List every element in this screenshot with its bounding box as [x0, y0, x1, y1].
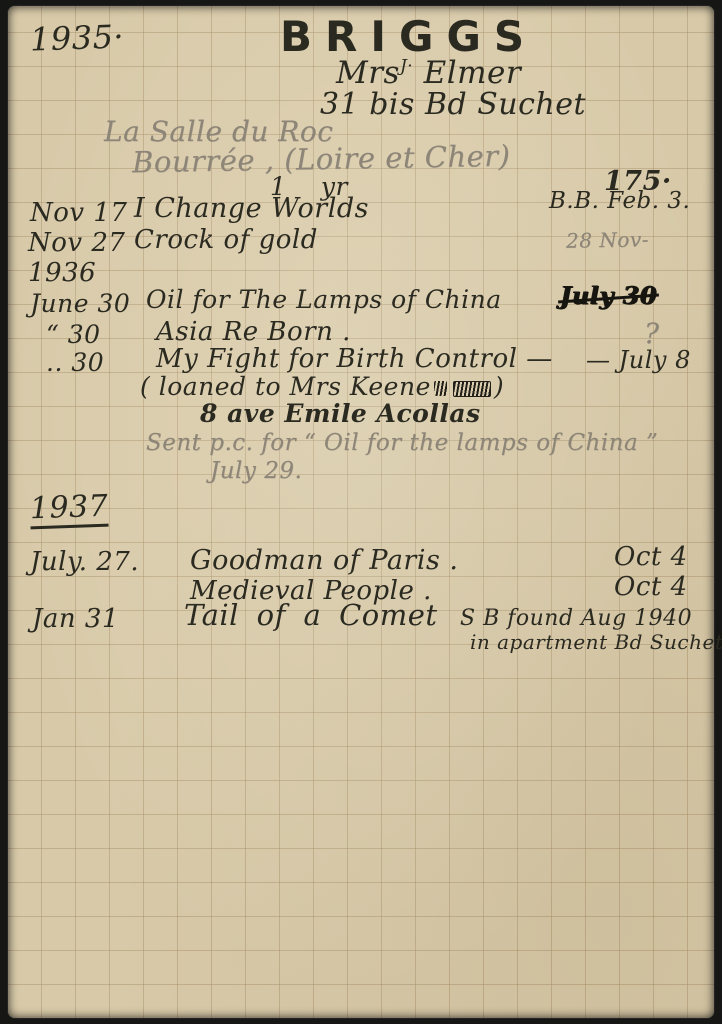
entry-date: Jan 31 — [32, 606, 119, 632]
loan-note: ( loaned to Mrs Keene) — [140, 374, 504, 399]
entry-title: Goodman of Paris . — [190, 547, 458, 574]
scan-backdrop: 1935· BRIGGS MrsJ· Elmer 31 bis Bd Suche… — [0, 0, 722, 1024]
member-name-rest: Elmer — [424, 55, 522, 91]
entry-title: My Fight for Birth Control — — [156, 346, 553, 372]
entry-title: I Change Worlds — [134, 195, 369, 222]
entry-return-note: Oct 4 — [614, 544, 688, 570]
entry-date: June 30 — [30, 291, 130, 316]
loan-address: 8 ave Emile Acollas — [200, 401, 481, 426]
entry-title: Asia Re Born . — [156, 319, 351, 345]
year-heading-1937: 1937 — [29, 492, 109, 530]
entry-return-note-line2: in apartment Bd Suchet — [470, 632, 722, 652]
loan-note-close: ) — [494, 372, 504, 401]
surname: BRIGGS — [280, 16, 537, 58]
entry-date: July. 27. — [30, 549, 139, 575]
member-name-prefix: Mrs — [336, 55, 400, 91]
entry-title: Tail of a Comet — [184, 601, 438, 630]
entry-title: Oil for The Lamps of China — [146, 287, 502, 312]
year-heading-1936: 1936 — [28, 260, 96, 286]
lending-library-card: 1935· BRIGGS MrsJ· Elmer 31 bis Bd Suche… — [8, 6, 714, 1018]
entry-date-ditto: .. 30 — [46, 350, 104, 375]
entry-return-note: Oct 4 — [614, 574, 688, 600]
entry-date: Nov 17 — [30, 200, 127, 226]
address-paris: 31 bis Bd Suchet — [320, 90, 586, 120]
loan-note-text: ( loaned to Mrs Keene — [140, 372, 431, 401]
entry-return-note: ? — [644, 320, 660, 348]
entry-title: Crock of gold — [134, 227, 318, 253]
member-name: MrsJ· Elmer — [336, 58, 521, 89]
member-name-superscript: J· — [400, 57, 413, 77]
postcard-note-line2: July 29. — [210, 460, 302, 483]
postcard-note-line1: Sent p.c. for “ Oil for the lamps of Chi… — [146, 432, 658, 455]
entry-return-note-crossed: July 30 — [560, 281, 657, 310]
entry-date: Nov 27 — [28, 230, 125, 256]
entry-return-note: B.B. Feb. 3. — [549, 190, 690, 213]
entry-date-ditto: “ 30 — [46, 322, 101, 347]
year-heading-1935: 1935· — [29, 20, 124, 55]
entry-return-note: 28 Nov- — [566, 229, 649, 250]
entry-return-note: S B found Aug 1940 — [460, 608, 692, 630]
entry-return-note: — July 8 — [586, 348, 691, 372]
scribble-mark — [434, 381, 447, 396]
scribble-mark — [453, 381, 491, 397]
